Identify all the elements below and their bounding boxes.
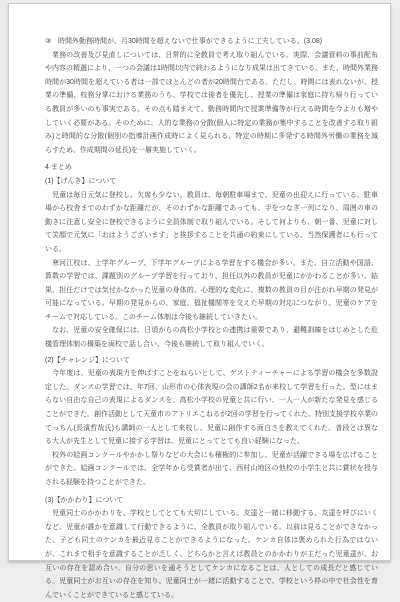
document-page: ③ 時間外勤務時間が、月30時間を超えないで仕事ができるように工夫している。(3… [8, 3, 391, 561]
summary-section-1-paragraph: 児童は毎日元気に登校し、欠席も少ない。教員は、毎朝駐車場まで、児童の出迎えに行っ… [45, 189, 378, 257]
summary-section-2-paragraph: 今年度は、児童の表現力を伸ばすことをねらいとして、ゲストティーチャーによる学習の… [45, 367, 378, 449]
summary-title: 4 まとめ [45, 161, 378, 175]
summary-section-1: (1)【げんき】について 児童は毎日元気に登校し、欠席も少ない。教員は、毎朝駐車… [45, 175, 378, 352]
summary-section-3: (3)【かかわり】について 児童同士のかかわりを、学校としてとても大切にしている… [45, 494, 378, 569]
item3-heading-text: 時間外勤務時間が、月30時間を超えないで仕事ができるように工夫している。(3.0… [58, 35, 378, 49]
summary-section-3-paragraph: 児童同士のかかわりを、学校としてとても大切にしている。友達と一緒に移動する、友達… [45, 507, 378, 569]
summary-section-1-paragraph: なお、児童の安全確保には、日頃からの高松小学校との連携は重要であり、避難訓練をは… [45, 324, 378, 351]
document-content: ③ 時間外勤務時間が、月30時間を超えないで仕事ができるように工夫している。(3… [45, 35, 378, 569]
summary-section-3-heading: (3)【かかわり】について [45, 494, 378, 508]
summary-section-1-heading: (1)【げんき】について [45, 175, 378, 189]
summary-section-2-paragraph: 校外の絵画コンクールやかかし祭りなどの大会にも積極的に参加し、児童が活躍できる場… [45, 449, 378, 490]
item3-heading: ③ 時間外勤務時間が、月30時間を超えないで仕事ができるように工夫している。(3… [45, 35, 378, 49]
item3-number: ③ [45, 35, 58, 49]
summary-section-2-heading: (2)【チャレンジ】について [45, 354, 378, 368]
item3-body: 業務の改善及び見直しについては、日常的に全教員で考え取り組んでいる。実際、会議資… [45, 49, 378, 158]
summary-section-1-paragraph: 寒河江校は、上学年グループ、下学年グループによる学習をする機会が多い。また、自立… [45, 257, 378, 325]
summary-section-2: (2)【チャレンジ】について 今年度は、児童の表現力を伸ばすことをねらいとして、… [45, 354, 378, 490]
